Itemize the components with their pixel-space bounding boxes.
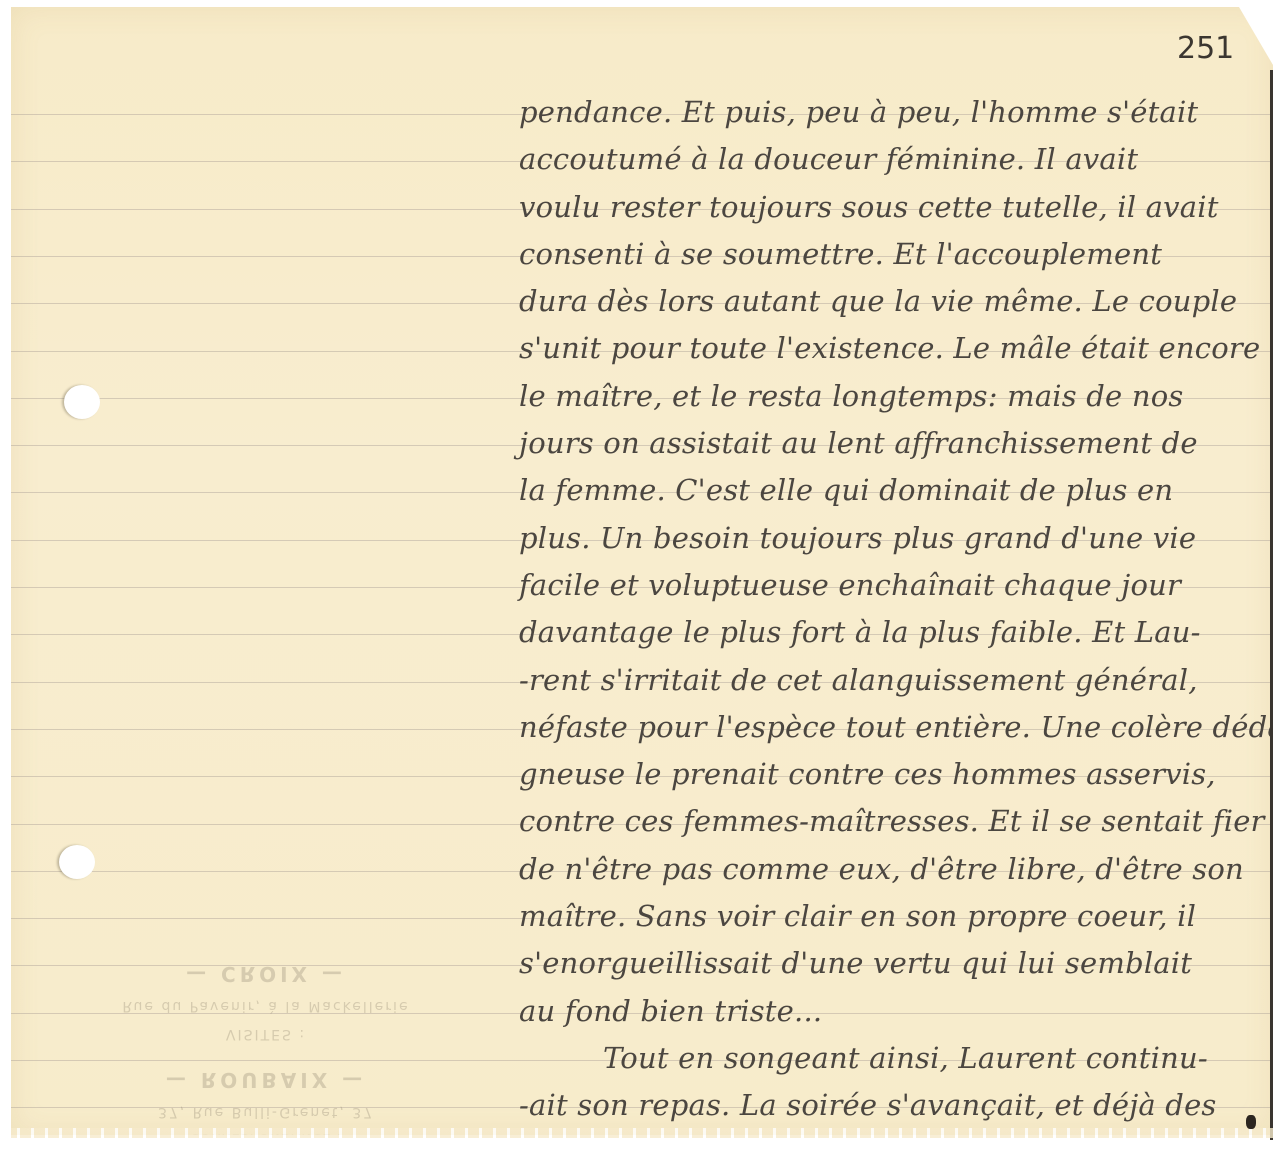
paper-right-edge — [1270, 70, 1273, 1140]
text-line-paragraph-start: Tout en songeant ainsi, Laurent continu- — [519, 1035, 1279, 1082]
stamp-line: Rue du Pavenir, à la Mackellerie — [101, 998, 431, 1014]
text-line: le maître, et le resta longtemps: mais d… — [519, 373, 1279, 420]
page-number: 251 — [1177, 31, 1234, 66]
text-line: facile et voluptueuse enchaînait chaque … — [519, 562, 1279, 609]
text-line: consenti à se soumettre. Et l'accoupleme… — [519, 231, 1279, 278]
text-line: -ait son repas. La soirée s'avançait, et… — [519, 1082, 1279, 1129]
handwritten-text: pendance. Et puis, peu à peu, l'homme s'… — [519, 89, 1279, 1130]
text-line: gneuse le prenait contre ces hommes asse… — [519, 751, 1279, 798]
text-line: la femme. C'est elle qui dominait de plu… — [519, 467, 1279, 514]
ink-stain — [1246, 1115, 1256, 1129]
stamp-line: 37, Rue Bulli-Grenet, 37 — [101, 1104, 431, 1120]
text-line: dura dès lors autant que la vie même. Le… — [519, 278, 1279, 325]
text-line: plus. Un besoin toujours plus grand d'un… — [519, 515, 1279, 562]
manuscript-page: 251 CORRESPONDANCE : 37, Rue Bulli-Grene… — [11, 7, 1273, 1135]
stamp-line: VISITES : — [101, 1026, 431, 1042]
text-line: s'unit pour toute l'existence. Le mâle é… — [519, 325, 1279, 372]
text-line: contre ces femmes-maîtresses. Et il se s… — [519, 798, 1279, 845]
text-line: maître. Sans voir clair en son propre co… — [519, 893, 1279, 940]
stamp-line: — CROIX — — [101, 962, 431, 986]
torn-bottom-edge — [11, 1128, 1273, 1138]
bleed-through-letterhead: CORRESPONDANCE : 37, Rue Bulli-Grenet, 3… — [101, 962, 431, 1145]
text-line: jours on assistait au lent affranchissem… — [519, 420, 1279, 467]
text-line: s'enorgueillissait d'une vertu qui lui s… — [519, 940, 1279, 987]
punch-hole-top — [64, 385, 100, 419]
stamp-line: — ROUBAIX — — [101, 1068, 431, 1092]
text-line: accoutumé à la douceur féminine. Il avai… — [519, 136, 1279, 183]
text-line: de n'être pas comme eux, d'être libre, d… — [519, 846, 1279, 893]
text-line: -rent s'irritait de cet alanguissement g… — [519, 657, 1279, 704]
text-line: pendance. Et puis, peu à peu, l'homme s'… — [519, 89, 1279, 136]
text-line: voulu rester toujours sous cette tutelle… — [519, 184, 1279, 231]
punch-hole-bottom — [59, 845, 95, 879]
text-line: au fond bien triste... — [519, 988, 1279, 1035]
text-line: davantage le plus fort à la plus faible.… — [519, 609, 1279, 656]
text-line: néfaste pour l'espèce tout entière. Une … — [519, 704, 1279, 751]
